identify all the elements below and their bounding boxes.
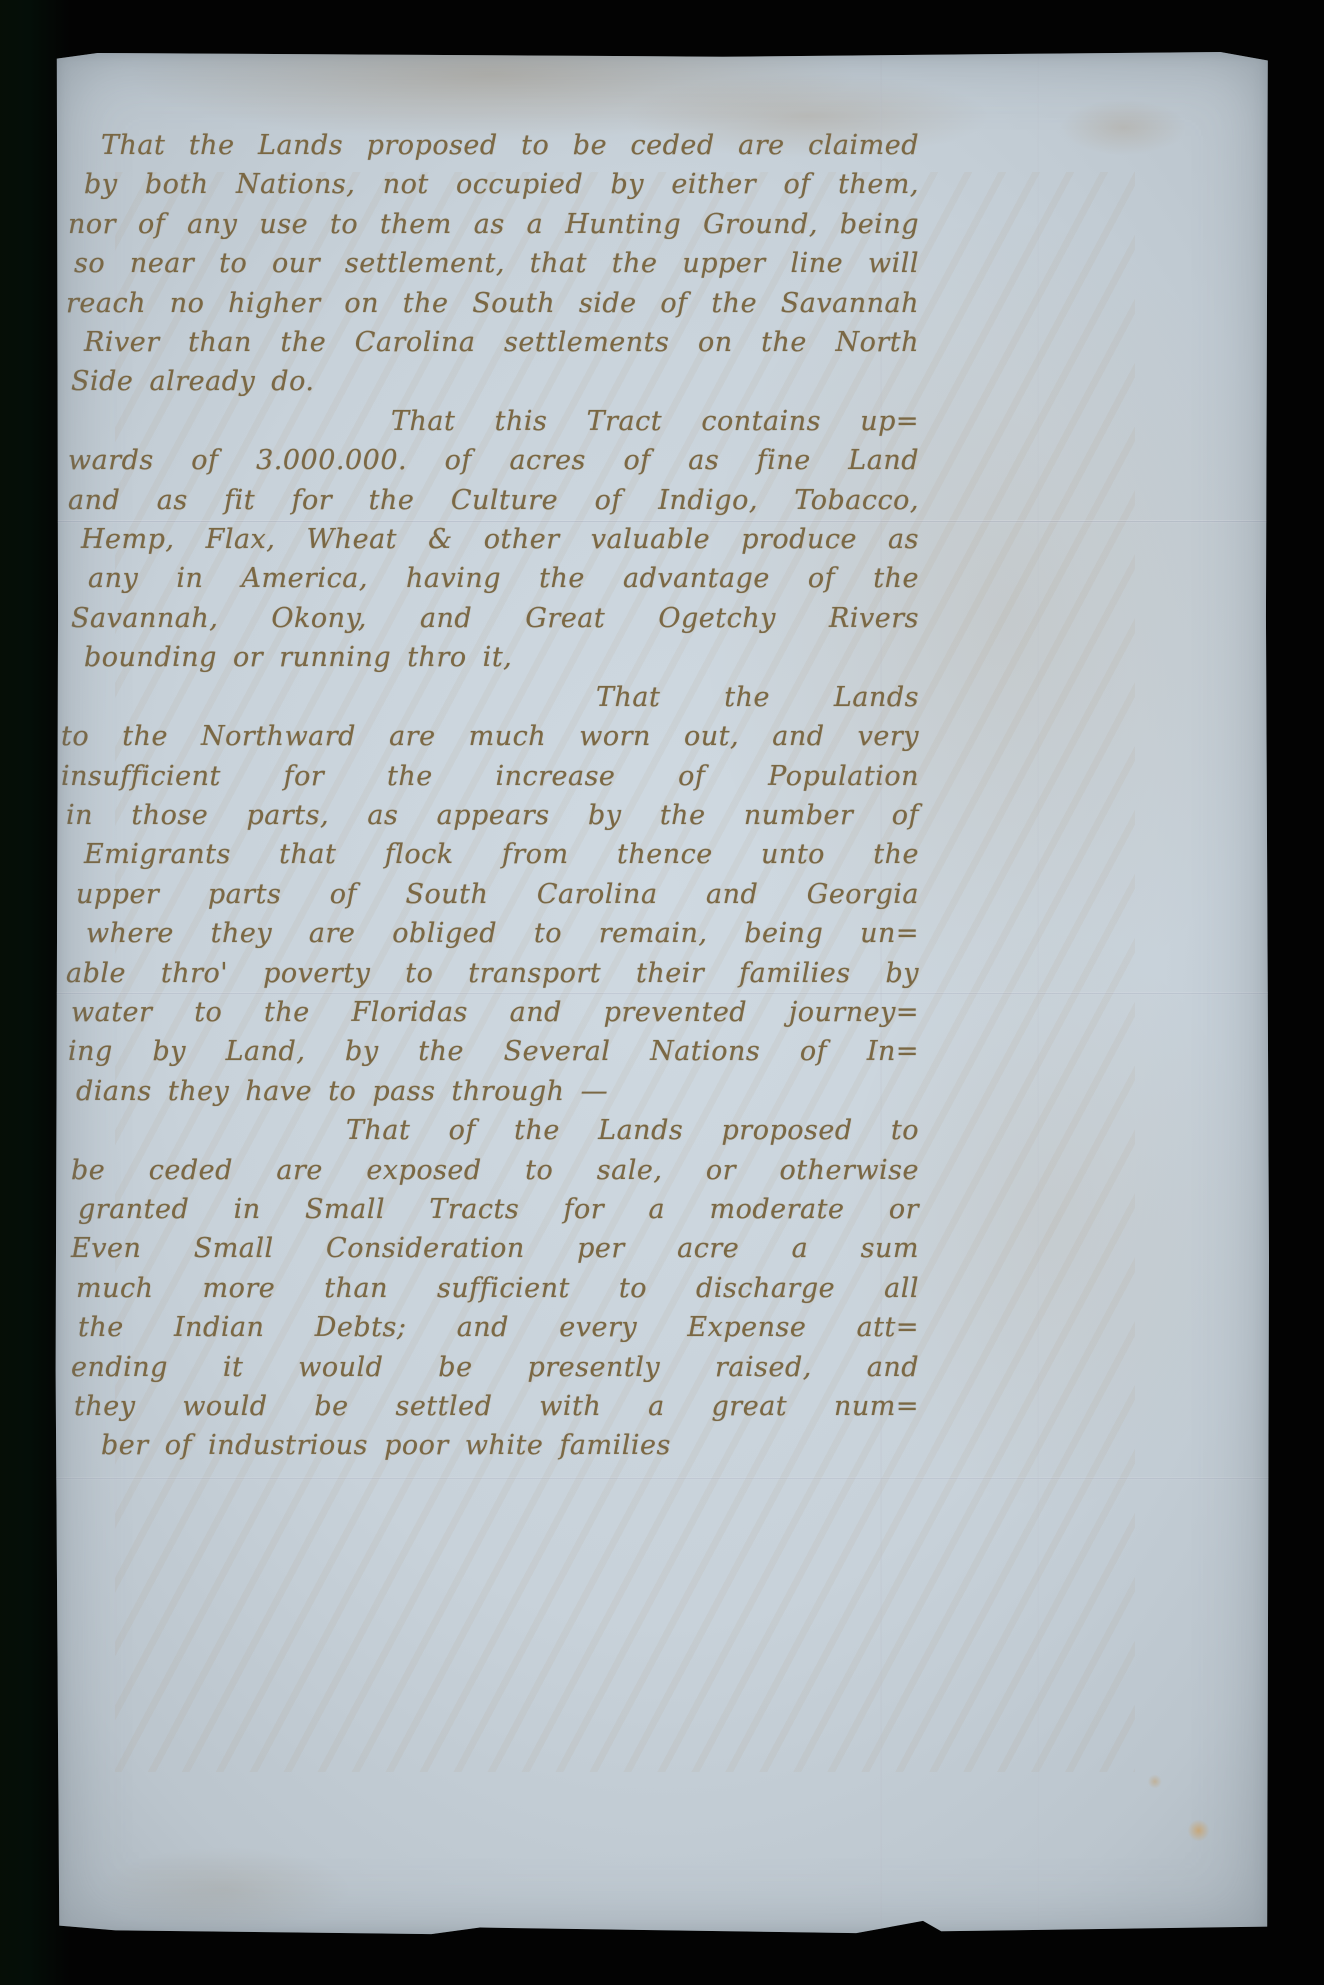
- manuscript-line: Savannah, Okony, and Great Ogetchy River…: [61, 599, 919, 638]
- manuscript-line: insufficient for the increase of Populat…: [61, 757, 919, 796]
- manuscript-line: they would be settled with a great num=: [61, 1387, 919, 1426]
- manuscript-line: be ceded are exposed to sale, or otherwi…: [61, 1151, 919, 1190]
- manuscript-page: That the Lands proposed to be ceded are …: [55, 52, 1269, 1936]
- manuscript-line: any in America, having the advantage of …: [61, 559, 919, 598]
- manuscript-line: by both Nations, not occupied by either …: [61, 165, 919, 204]
- manuscript-line: Even Small Consideration per acre a sum: [61, 1229, 919, 1268]
- manuscript-line: River than the Carolina settlements on t…: [61, 323, 919, 362]
- manuscript-line: granted in Small Tracts for a moderate o…: [61, 1190, 919, 1229]
- manuscript-line: wards of 3.000.000. of acres of as fine …: [61, 441, 919, 480]
- manuscript-line: Emigrants that flock from thence unto th…: [61, 835, 919, 874]
- manuscript-line: nor of any use to them as a Hunting Grou…: [61, 205, 919, 244]
- manuscript-line: Hemp, Flax, Wheat & other valuable produ…: [61, 520, 919, 559]
- manuscript-line: able thro' poverty to transport their fa…: [61, 954, 919, 993]
- manuscript-line: the Indian Debts; and every Expense att=: [61, 1308, 919, 1347]
- manuscript-line: ing by Land, by the Several Nations of I…: [61, 1032, 919, 1071]
- vertical-fold-crease: [1037, 52, 1039, 1936]
- manuscript-line: dians they have to pass through —: [61, 1072, 919, 1111]
- manuscript-line: and as fit for the Culture of Indigo, To…: [61, 481, 919, 520]
- manuscript-line: That the Lands proposed to be ceded are …: [61, 126, 919, 165]
- manuscript-line: where they are obliged to remain, being …: [61, 914, 919, 953]
- manuscript-line: ber of industrious poor white families: [61, 1426, 919, 1465]
- manuscript-line: water to the Floridas and prevented jour…: [61, 993, 919, 1032]
- manuscript-line: in those parts, as appears by the number…: [61, 796, 919, 835]
- manuscript-line: upper parts of South Carolina and Georgi…: [61, 875, 919, 914]
- manuscript-line: so near to our settlement, that the uppe…: [61, 244, 919, 283]
- manuscript-line: That this Tract contains up=: [61, 402, 919, 441]
- manuscript-line: reach no higher on the South side of the…: [61, 284, 919, 323]
- manuscript-text: That the Lands proposed to be ceded are …: [61, 126, 919, 1466]
- manuscript-line: Side already do.: [61, 362, 919, 401]
- manuscript-line: That the Lands: [61, 678, 919, 717]
- manuscript-line: That of the Lands proposed to: [61, 1111, 919, 1150]
- manuscript-line: to the Northward are much worn out, and …: [61, 717, 919, 756]
- manuscript-line: much more than sufficient to discharge a…: [61, 1269, 919, 1308]
- manuscript-line: bounding or running thro it,: [61, 638, 919, 677]
- manuscript-line: ending it would be presently raised, and: [61, 1348, 919, 1387]
- horizontal-fold-crease: [55, 1477, 1269, 1480]
